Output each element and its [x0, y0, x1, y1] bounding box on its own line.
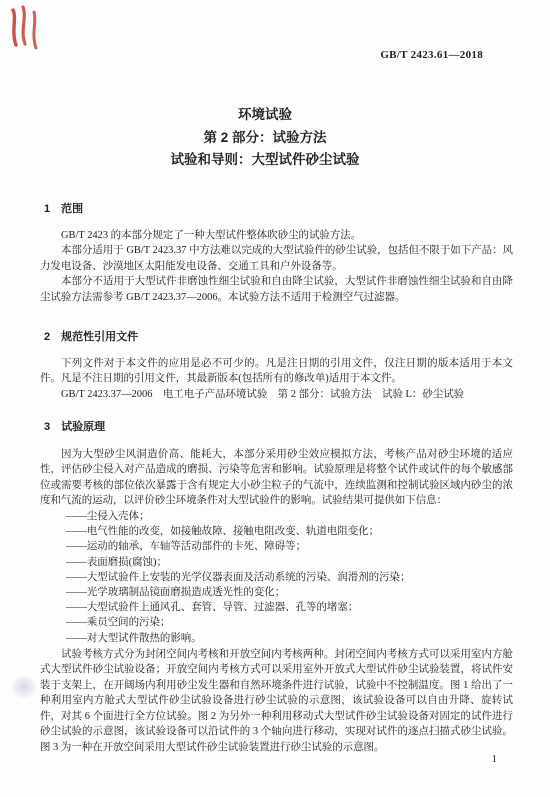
page-number: 1 — [492, 753, 498, 765]
section-1-number: 1 — [44, 203, 50, 215]
reference-entry: GB/T 2423.37—2006 电工电子产品环境试验 第 2 部分：试验方法… — [40, 387, 513, 402]
list-item: ——电气性能的改变，如接触故障、接触电阻改变、轨道电阻变化； — [40, 524, 513, 539]
list-item: ——尘侵入壳体； — [40, 509, 513, 524]
standard-number: GB/T 2423.61—2018 — [380, 49, 483, 61]
list-item: ——对大型试件散热的影响。 — [40, 631, 513, 646]
section-1-heading: 1 范围 — [44, 200, 83, 216]
section-2-body: 下列文件对于本文件的应用是必不可少的。凡是注日期的引用文件，仅注日期的版本适用于… — [40, 356, 513, 402]
paragraph: GB/T 2423 的本部分规定了一种大型试件整体吹砂尘的试验方法。 — [40, 228, 513, 243]
document-title: 环境试验 第 2 部分：试验方法 试验和导则：大型试件砂尘试验 — [0, 104, 530, 172]
list-item: ——运动的轴承、车轴等活动部件的卡死、障碍等； — [40, 539, 513, 554]
paragraph: 本部分不适用于大型试件非磨蚀性细尘试验和自由降尘试验，大型试件非磨蚀性细尘试验和… — [40, 274, 513, 305]
red-pen-mark — [5, 3, 45, 51]
list-item: ——乘员空间的污染； — [40, 615, 513, 630]
list-item: ——表面磨损(腐蚀)； — [40, 555, 513, 570]
list-item: ——大型试验件上安装的光学仪器表面及活动系统的污染、润滑剂的污染； — [40, 570, 513, 585]
list-item: ——光学玻璃制品镜面磨损造成透光性的变化； — [40, 585, 513, 600]
section-1-body: GB/T 2423 的本部分规定了一种大型试件整体吹砂尘的试验方法。 本部分适用… — [40, 228, 513, 305]
paragraph: 试验考核方式分为封闭空间内考核和开放空间内考核两种。封闭空间内考核方式可以采用室… — [40, 647, 513, 755]
effects-list: ——尘侵入壳体； ——电气性能的改变，如接触故障、接触电阻改变、轨道电阻变化； … — [40, 509, 513, 646]
paragraph: 本部分适用于 GB/T 2423.37 中方法难以完成的大型试验件的砂尘试验，包… — [40, 243, 513, 274]
section-2-heading: 2 规范性引用文件 — [44, 328, 138, 344]
title-line-2: 第 2 部分：试验方法 — [0, 127, 530, 150]
title-line-3: 试验和导则：大型试件砂尘试验 — [0, 149, 530, 172]
section-2-number: 2 — [44, 331, 50, 343]
section-3-intro: 因为大型砂尘风洞造价高、能耗大，本部分采用砂尘效应模拟方法，考核产品对砂尘环境的… — [40, 447, 513, 509]
section-3-heading: 3 试验原理 — [44, 418, 105, 434]
section-2-title: 规范性引用文件 — [61, 328, 138, 344]
section-3-title: 试验原理 — [61, 418, 105, 434]
section-3-number: 3 — [44, 421, 50, 433]
section-1-title: 范围 — [61, 200, 83, 216]
paragraph: 下列文件对于本文件的应用是必不可少的。凡是注日期的引用文件，仅注日期的版本适用于… — [40, 356, 513, 387]
list-item: ——大型试验件上通风孔、套管、导管、过滤器、孔等的堵塞； — [40, 600, 513, 615]
paragraph: 因为大型砂尘风洞造价高、能耗大，本部分采用砂尘效应模拟方法，考核产品对砂尘环境的… — [40, 447, 513, 509]
document-page: GB/T 2423.61—2018 环境试验 第 2 部分：试验方法 试验和导则… — [0, 0, 550, 797]
section-3-closing: 试验考核方式分为封闭空间内考核和开放空间内考核两种。封闭空间内考核方式可以采用室… — [40, 647, 513, 755]
title-line-1: 环境试验 — [0, 104, 530, 127]
scan-smudge — [11, 675, 37, 699]
